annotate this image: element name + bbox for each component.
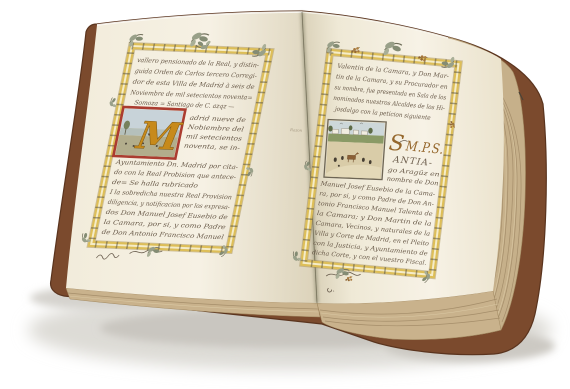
right-initial-side-text: ANTIA- go Aragüz en nombre de Don [386,155,441,188]
landscape-vignette [324,119,386,179]
margin-note: Razon [289,127,303,133]
illuminated-initial-vignette: M [113,107,186,159]
vignette-building [332,129,338,134]
book: vallero pensionado de la Real, y distin-… [51,11,547,355]
display-initial-letter: S [388,131,406,157]
vignette-building [361,131,367,135]
left-initial-side-text: adrid nueve de Nobiembre del mil setecie… [182,114,247,152]
vignette-building [341,129,349,135]
vignette-building [353,130,358,135]
manuscript-book-photo: vallero pensionado de la Real, y distin-… [0,0,570,389]
